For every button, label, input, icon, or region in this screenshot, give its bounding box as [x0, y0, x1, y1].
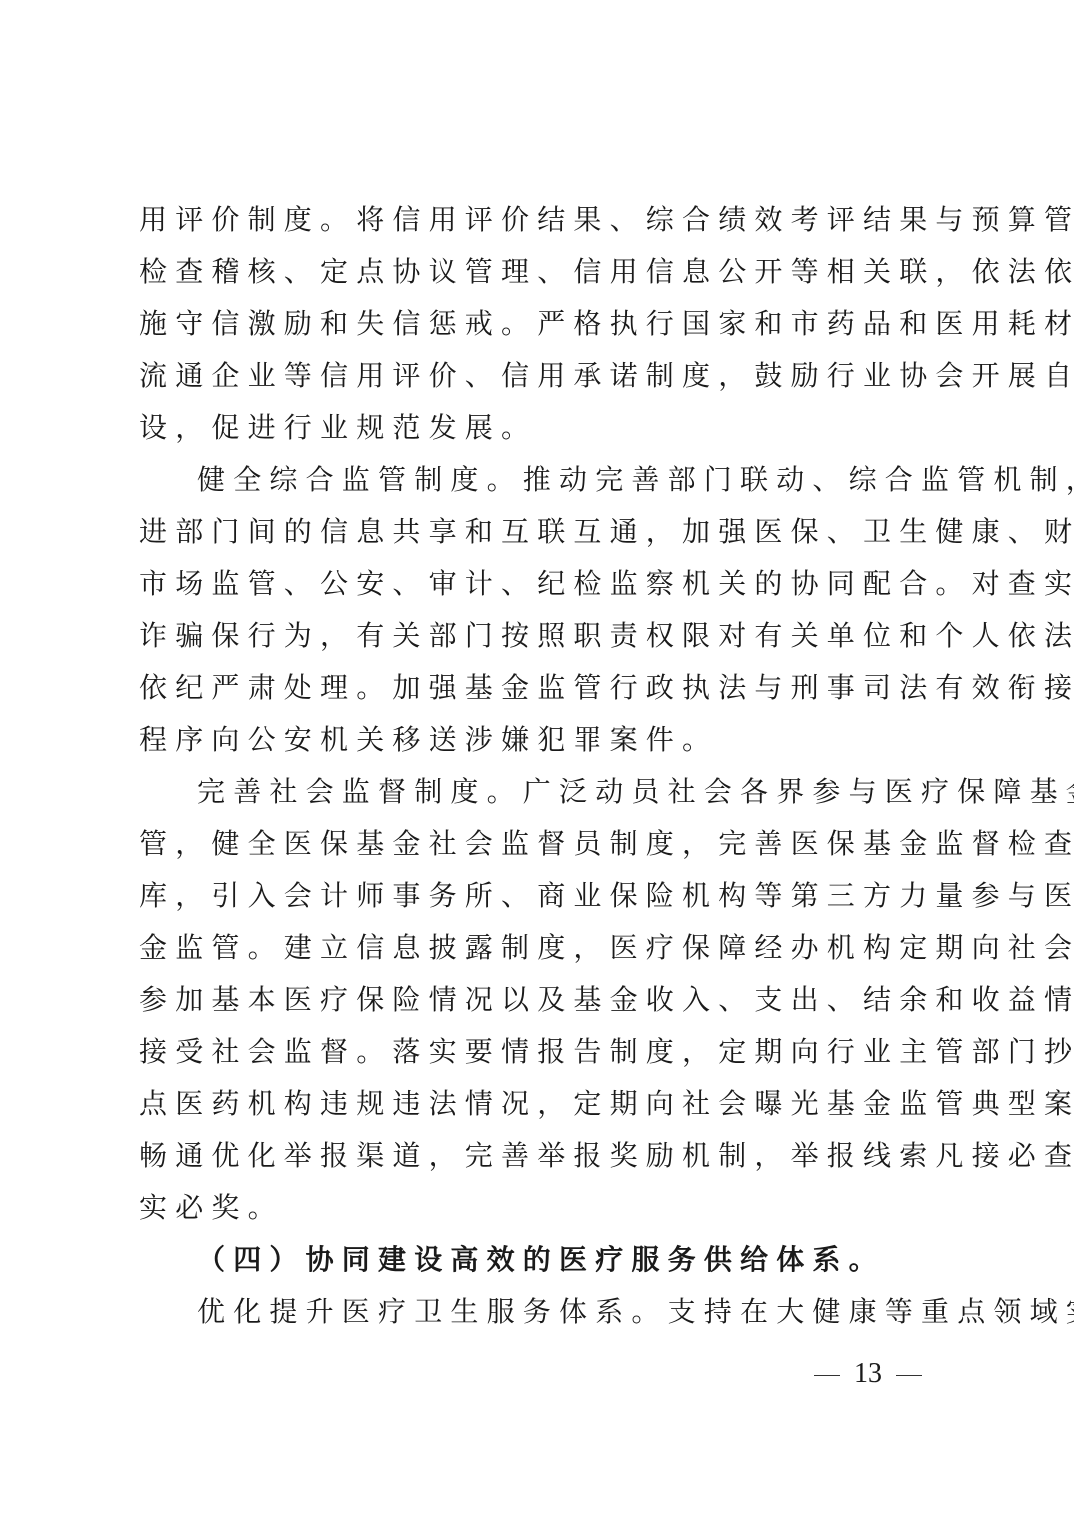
paragraph-start-line: 优化提升医疗卫生服务体系。支持在大健康等重点领域实施 [139, 1286, 939, 1338]
text-line: 依纪严肃处理。加强基金监管行政执法与刑事司法有效衔接，按 [139, 662, 939, 714]
paragraph-start-line: 完善社会监督制度。广泛动员社会各界参与医疗保障基金监 [139, 766, 939, 818]
text-line: 用评价制度。将信用评价结果、综合绩效考评结果与预算管理、 [139, 194, 939, 246]
text-line: 金监管。建立信息披露制度，医疗保障经办机构定期向社会公布 [139, 922, 939, 974]
body-text: 用评价制度。将信用评价结果、综合绩效考评结果与预算管理、 检查稽核、定点协议管理… [139, 194, 939, 1338]
section-heading: （四）协同建设高效的医疗服务供给体系。 [139, 1234, 939, 1286]
text-line: 市场监管、公安、审计、纪检监察机关的协同配合。对查实的欺 [139, 558, 939, 610]
text-line: 畅通优化举报渠道，完善举报奖励机制，举报线索凡接必查，查 [139, 1130, 939, 1182]
page-number-value: 13 [854, 1358, 882, 1389]
text-line: 管，健全医保基金社会监督员制度，完善医保基金监督检查专家 [139, 818, 939, 870]
text-line: 设，促进行业规范发展。 [139, 402, 939, 454]
document-page: 用评价制度。将信用评价结果、综合绩效考评结果与预算管理、 检查稽核、定点协议管理… [0, 0, 1074, 1520]
text-line: 施守信激励和失信惩戒。严格执行国家和市药品和医用耗材生产 [139, 298, 939, 350]
text-line: 程序向公安机关移送涉嫌犯罪案件。 [139, 714, 939, 766]
dash-left [814, 1375, 840, 1376]
dash-right [896, 1375, 922, 1376]
text-line: 实必奖。 [139, 1182, 939, 1234]
text-line: 诈骗保行为，有关部门按照职责权限对有关单位和个人依法依规 [139, 610, 939, 662]
paragraph-start-line: 健全综合监管制度。推动完善部门联动、综合监管机制，推 [139, 454, 939, 506]
text-line: 检查稽核、定点协议管理、信用信息公开等相关联，依法依规实 [139, 246, 939, 298]
text-line: 进部门间的信息共享和互联互通，加强医保、卫生健康、财政、 [139, 506, 939, 558]
text-line: 参加基本医疗保险情况以及基金收入、支出、结余和收益情况， [139, 974, 939, 1026]
text-line: 库，引入会计师事务所、商业保险机构等第三方力量参与医保基 [139, 870, 939, 922]
text-line: 流通企业等信用评价、信用承诺制度，鼓励行业协会开展自律建 [139, 350, 939, 402]
text-line: 点医药机构违规违法情况，定期向社会曝光基金监管典型案件。 [139, 1078, 939, 1130]
text-line: 接受社会监督。落实要情报告制度，定期向行业主管部门抄送定 [139, 1026, 939, 1078]
page-number: 13 [800, 1358, 920, 1390]
